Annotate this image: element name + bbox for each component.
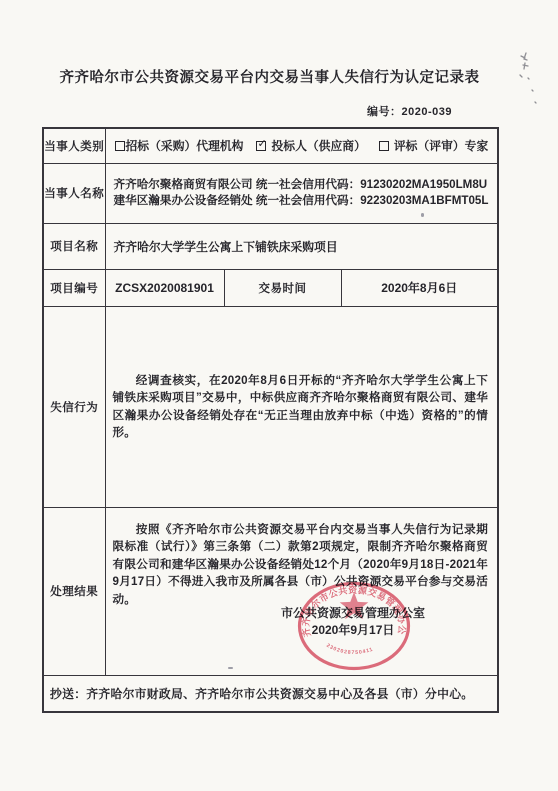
party-name-line-1: 齐齐哈尔聚格商贸有限公司 统一社会信用代码：91230202MA1950LM8U [114,177,490,194]
party-category-cell: 招标（采购）代理机构 投标人（供应商） 评标（评审）专家 [105,128,498,163]
option-agency: 招标（采购）代理机构 [115,137,244,154]
option-expert-label: 评标（评审）专家 [394,137,488,154]
project-name-value: 齐齐哈尔大学学生公寓上下铺铁床采购项目 [105,223,498,269]
signature-date: 2020年9月17日 [281,622,425,639]
option-agency-label: 招标（采购）代理机构 [126,137,244,154]
option-bidder: 投标人（供应商） [256,137,365,154]
party-name-line-2: 建华区瀚果办公设备经销处 统一社会信用代码：92230203MA1BFMT05L [114,193,490,210]
party-category-options: 招标（采购）代理机构 投标人（供应商） 评标（评审）专家 [106,137,498,154]
party-name-label: 当事人名称 [43,163,105,223]
table-row-project-number: 项目编号 ZCSX2020081901 交易时间 2020年8月6日 [43,269,498,306]
table-row-cc: 抄送：齐齐哈尔市财政局、齐齐哈尔市公共资源交易中心及各县（市）分中心。 [43,675,498,712]
scan-speck [421,213,424,217]
table-row-handling-result: 处理结果 按照《齐齐哈尔市公共资源交易平台内交易当事人失信行为记录期限标准（试行… [43,507,498,675]
project-name-label: 项目名称 [43,223,105,269]
handling-result-label: 处理结果 [43,507,105,675]
table-row-party-category: 当事人类别 招标（采购）代理机构 投标人（供应商） 评标（评审）专家 [43,128,498,163]
table-row-project-name: 项目名称 齐齐哈尔大学学生公寓上下铺铁床采购项目 [43,223,498,269]
record-table: 当事人类别 招标（采购）代理机构 投标人（供应商） 评标（评审）专家 [42,127,499,713]
doc-number-value: 2020-039 [402,106,453,118]
checkbox-agency-icon [115,141,125,151]
svg-text:2302028750411: 2302028750411 [325,642,374,655]
cc-text: 抄送：齐齐哈尔市财政局、齐齐哈尔市公共资源交易中心及各县（市）分中心。 [43,675,498,712]
document-page: 齐齐哈尔市公共资源交易平台内交易当事人失信行为认定记录表 编号：2020-039… [0,0,558,791]
checkbox-bidder-icon [256,141,266,151]
checkbox-expert-icon [379,141,389,151]
dishonest-behavior-cell: 经调查核实，在2020年8月6日开标的“齐齐哈尔大学学生公寓上下铺铁床采购项目”… [105,306,498,507]
signature-org: 市公共资源交易管理办公室 [281,605,425,622]
signature-block: 市公共资源交易管理办公室 2020年9月17日 [281,605,425,639]
handling-result-cell: 按照《齐齐哈尔市公共资源交易平台内交易当事人失信行为记录期限标准（试行）》第三条… [105,507,498,675]
scan-speck [228,667,233,669]
option-bidder-label: 投标人（供应商） [271,137,365,154]
party-name-cell: 齐齐哈尔聚格商贸有限公司 统一社会信用代码：91230202MA1950LM8U… [105,163,498,223]
seal-serial-number: 2302028750411 [325,642,374,655]
project-number-label: 项目编号 [43,269,105,306]
dishonest-behavior-label: 失信行为 [43,306,105,507]
doc-number-label: 编号： [367,106,402,118]
trade-time-value: 2020年8月6日 [341,269,498,306]
project-number-value: ZCSX2020081901 [105,269,224,306]
handling-result-text: 按照《齐齐哈尔市公共资源交易平台内交易当事人失信行为记录期限标准（试行）》第三条… [106,509,498,609]
trade-time-label: 交易时间 [224,269,341,306]
pen-scribble-marks [508,48,544,118]
table-row-dishonest-behavior: 失信行为 经调查核实，在2020年8月6日开标的“齐齐哈尔大学学生公寓上下铺铁床… [43,306,498,507]
doc-number: 编号：2020-039 [42,103,452,119]
table-row-party-name: 当事人名称 齐齐哈尔聚格商贸有限公司 统一社会信用代码：91230202MA19… [43,163,498,223]
dishonest-behavior-text: 经调查核实，在2020年8月6日开标的“齐齐哈尔大学学生公寓上下铺铁床采购项目”… [113,372,489,442]
option-expert: 评标（评审）专家 [379,137,488,154]
page-title: 齐齐哈尔市公共资源交易平台内交易当事人失信行为认定记录表 [42,66,497,87]
party-category-label: 当事人类别 [43,128,105,163]
